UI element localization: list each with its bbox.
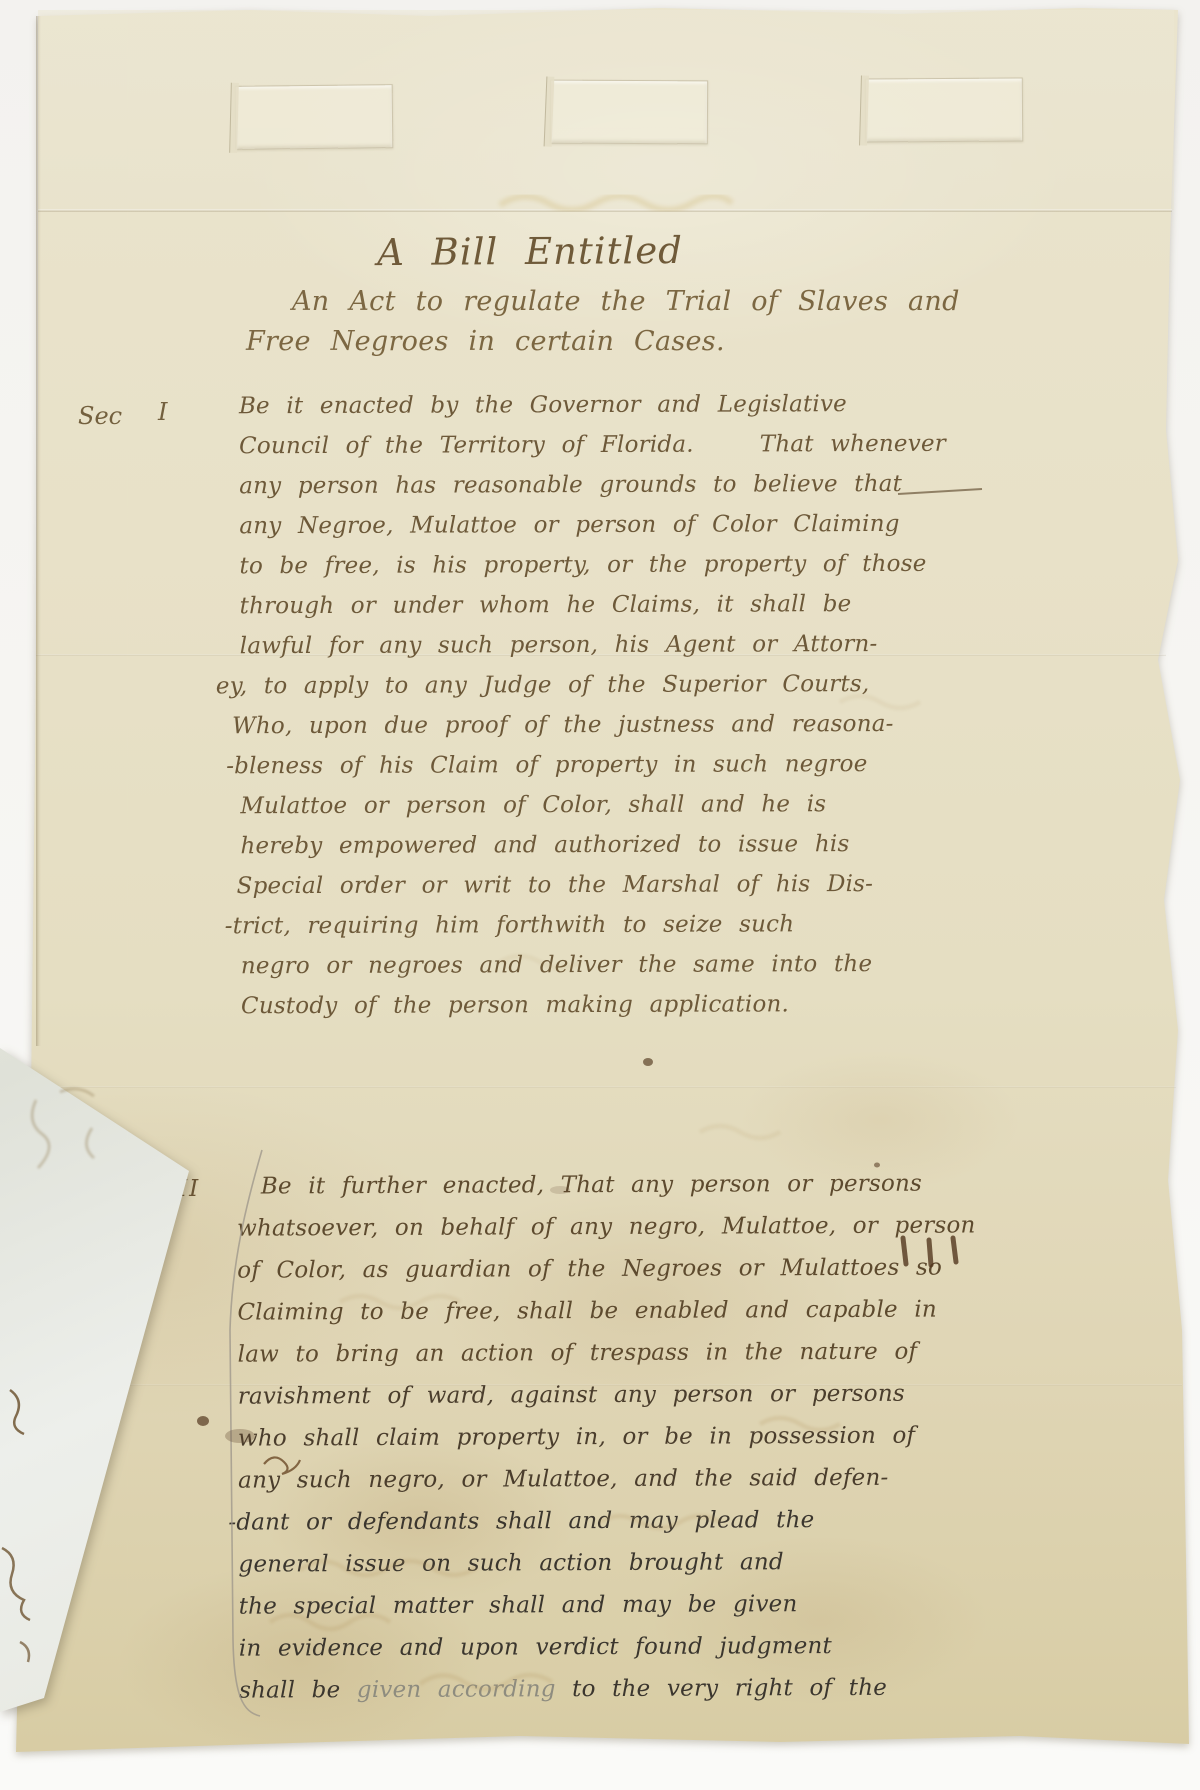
overlay-paper-white-surface (0, 0, 1200, 1790)
overlay-paper-white (0, 0, 1200, 1790)
scanned-manuscript-page: { "page": { "background_color": "#f5f4f1… (0, 0, 1200, 1790)
